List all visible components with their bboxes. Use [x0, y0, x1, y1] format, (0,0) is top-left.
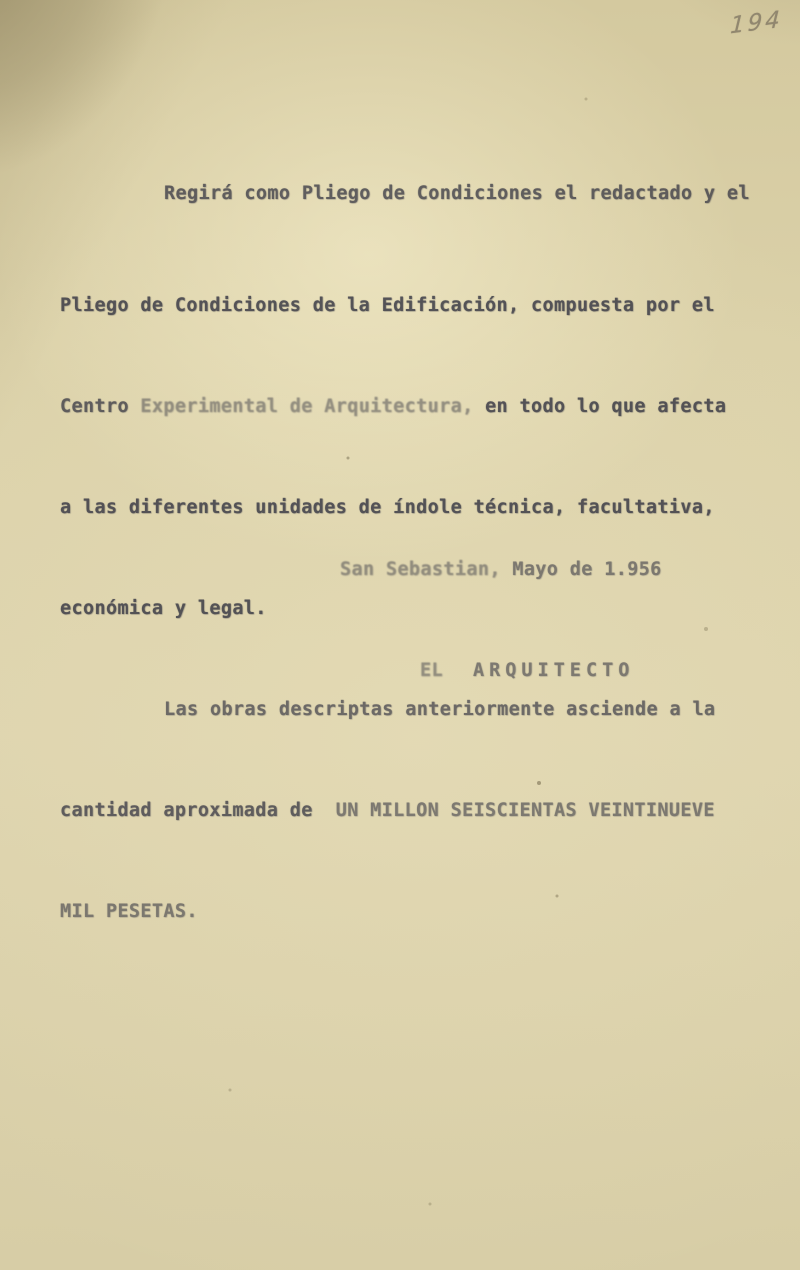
scanned-document-page: 194 Regirá como Pliego de Condiciones el…	[0, 0, 800, 1270]
paper-specks	[0, 0, 2, 2]
text-line: Regirá como Pliego de Condiciones el red…	[60, 175, 760, 213]
text-segment-faded: EL	[420, 660, 443, 681]
text-line: cantidad aproximada de UN MILLON SEISCIE…	[60, 792, 760, 830]
handwritten-page-number: 194	[730, 7, 784, 40]
text-segment: Regirá como Pliego de Condiciones el red…	[164, 183, 750, 204]
date-line: San Sebastian, Mayo de 1.956	[340, 551, 740, 589]
signature-line: ELARQUITECTO	[340, 652, 740, 690]
text-segment-faded: Experimental de Arquitectura,	[140, 396, 473, 417]
text-segment: cantidad aproximada de	[60, 800, 336, 821]
text-segment-faded: UN MILLON SEISCIENTAS VEINTINUEVE	[336, 800, 715, 821]
text-segment: económica y legal.	[60, 598, 267, 619]
text-segment-faded: San Sebastian,	[340, 559, 501, 580]
closing-block: San Sebastian, Mayo de 1.956 ELARQUITECT…	[340, 488, 740, 753]
text-segment-faded: MIL PESETAS.	[60, 901, 198, 922]
text-line: Pliego de Condiciones de la Edificación,…	[60, 287, 760, 325]
text-segment: Centro	[60, 396, 140, 417]
text-line: Centro Experimental de Arquitectura, en …	[60, 388, 760, 426]
text-segment: en todo lo que afecta	[474, 396, 727, 417]
text-segment: ARQUITECTO	[473, 660, 634, 681]
text-segment: Mayo de 1.956	[501, 559, 662, 580]
text-line: MIL PESETAS.	[60, 893, 760, 931]
text-segment: Pliego de Condiciones de la Edificación,…	[60, 295, 715, 316]
